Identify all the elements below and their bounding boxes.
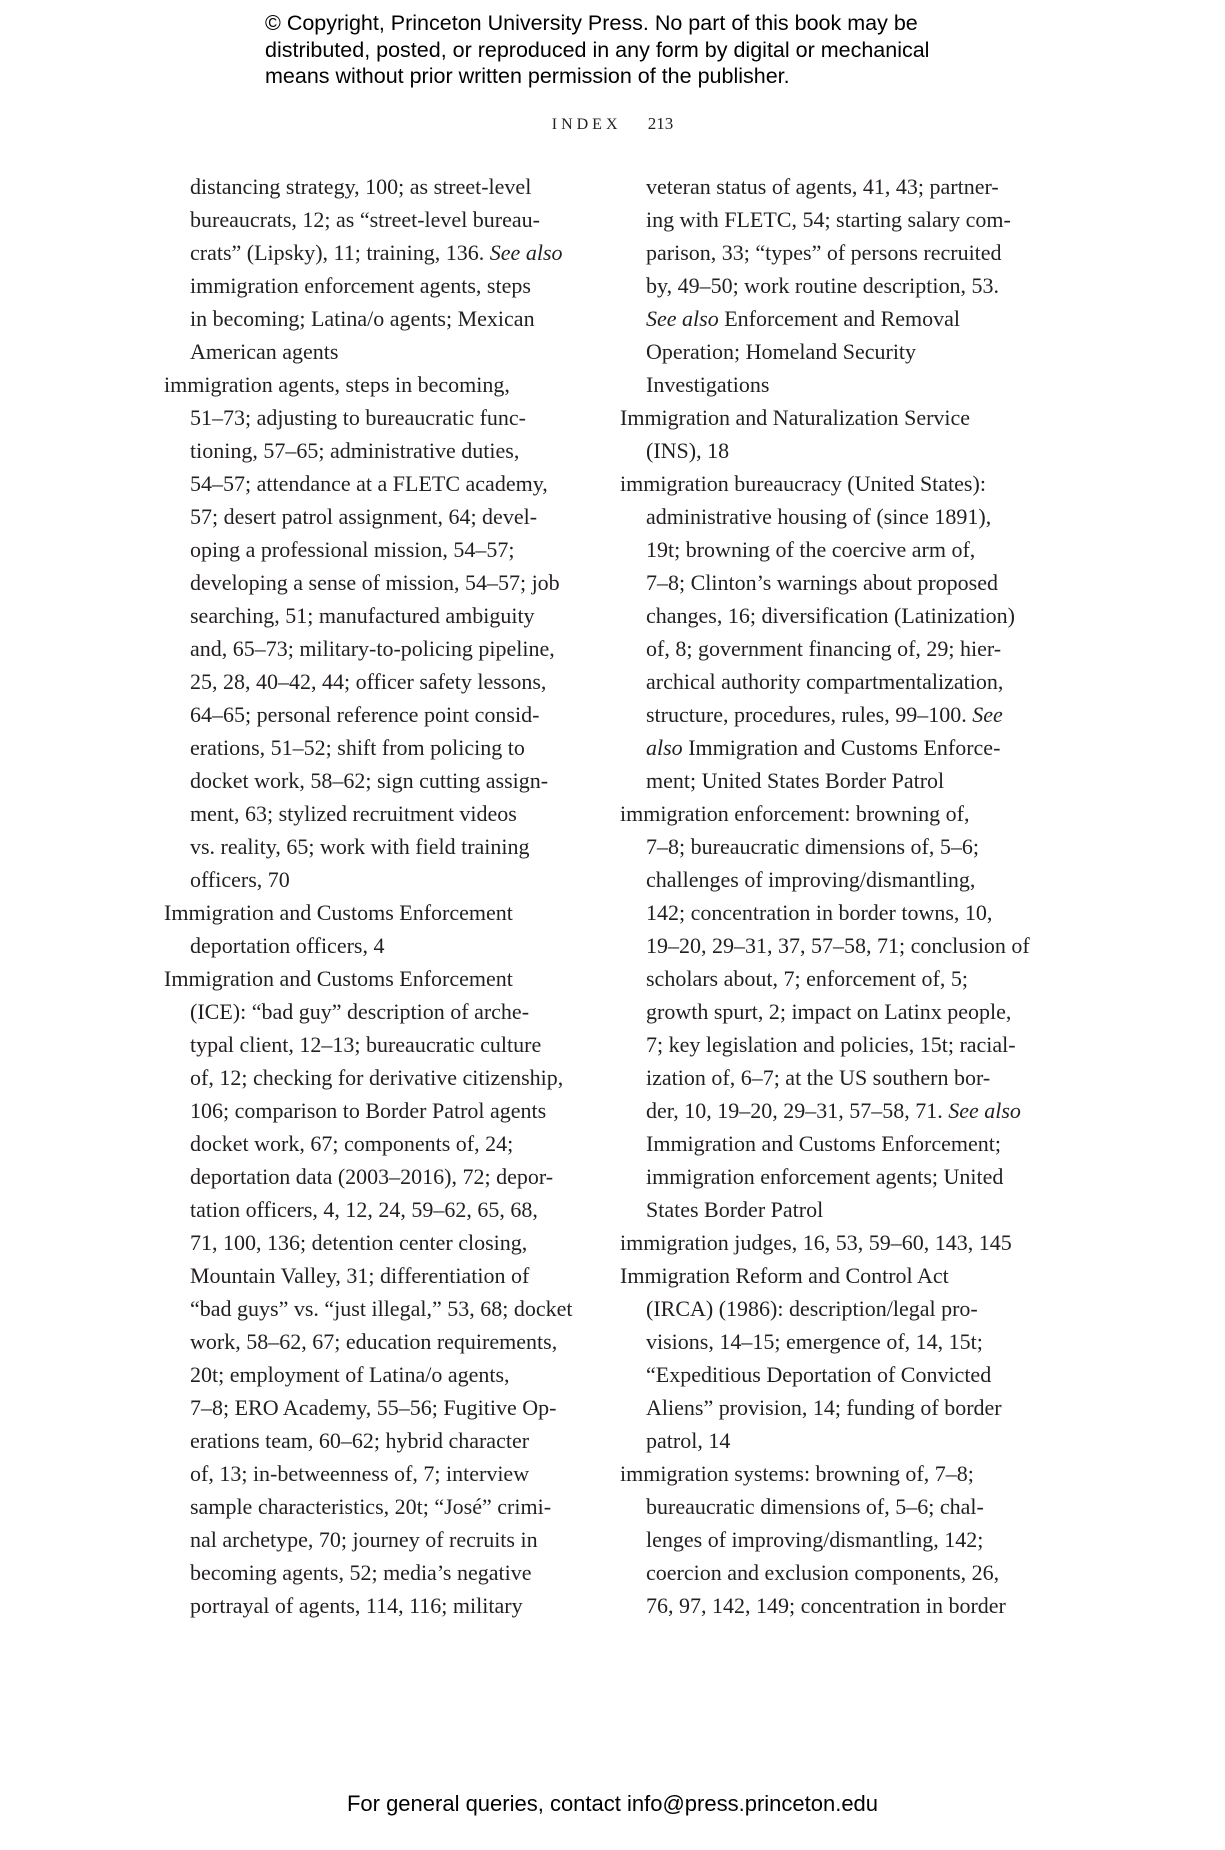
index-subentry-line: American agents [164,335,584,368]
index-subentry-line: searching, 51; manufactured ambiguity [164,599,584,632]
index-text: visions, 14–15; emergence of, 14, 15t; [646,1329,983,1354]
index-subentry-line: becoming agents, 52; media’s negative [164,1556,584,1589]
index-subentry-line: deportation officers, 4 [164,929,584,962]
see-also-label: See also [490,240,563,265]
index-subentry-line: (ICE): “bad guy” description of arche- [164,995,584,1028]
index-subentry-line: patrol, 14 [620,1424,1040,1457]
index-text: 20t; employment of Latina/o agents, [190,1362,510,1387]
index-text: oping a professional mission, 54–57; [190,537,514,562]
index-entry-heading: Immigration and Customs Enforcement [164,896,584,929]
index-text: deportation data (2003–2016), 72; depor- [190,1164,553,1189]
index-subentry-line: of, 12; checking for derivative citizens… [164,1061,584,1094]
index-text: growth spurt, 2; impact on Latinx people… [646,999,1011,1024]
index-subentry-line: ment; United States Border Patrol [620,764,1040,797]
index-entry-heading: immigration judges, 16, 53, 59–60, 143, … [620,1226,1040,1259]
index-text: Immigration and Naturalization Service [620,405,970,430]
index-subentry-line: 106; comparison to Border Patrol agents [164,1094,584,1127]
index-subentry-line: See also Enforcement and Removal [620,302,1040,335]
index-subentry-line: 19–20, 29–31, 37, 57–58, 71; conclusion … [620,929,1040,962]
index-subentry-line: 57; desert patrol assignment, 64; devel- [164,500,584,533]
index-subentry-line: in becoming; Latina/o agents; Mexican [164,302,584,335]
index-subentry-line: administrative housing of (since 1891), [620,500,1040,533]
page-number: 213 [648,114,674,133]
index-text: 7–8; Clinton’s warnings about proposed [646,570,998,595]
index-text: (INS), 18 [646,438,729,463]
index-subentry-line: Investigations [620,368,1040,401]
index-subentry-line: nal archetype, 70; journey of recruits i… [164,1523,584,1556]
index-subentry-line: “Expeditious Deportation of Convicted [620,1358,1040,1391]
index-text: 106; comparison to Border Patrol agents [190,1098,546,1123]
index-text: 51–73; adjusting to bureaucratic func- [190,405,526,430]
index-text: typal client, 12–13; bureaucratic cultur… [190,1032,541,1057]
index-subentry-line: parison, 33; “types” of persons recruite… [620,236,1040,269]
index-entry-heading: immigration agents, steps in becoming, [164,368,584,401]
index-text: challenges of improving/dismantling, [646,867,975,892]
index-entry-heading: immigration systems: browning of, 7–8; [620,1457,1040,1490]
index-text: developing a sense of mission, 54–57; jo… [190,570,560,595]
index-text: 54–57; attendance at a FLETC academy, [190,471,548,496]
index-text: immigration bureaucracy (United States): [620,471,986,496]
index-text: scholars about, 7; enforcement of, 5; [646,966,968,991]
index-text: immigration agents, steps in becoming, [164,372,510,397]
index-text: tation officers, 4, 12, 24, 59–62, 65, 6… [190,1197,538,1222]
index-text: by, 49–50; work routine description, 53. [646,273,999,298]
index-subentry-line: Immigration and Customs Enforcement; [620,1127,1040,1160]
running-head: INDEX 213 [0,114,1225,134]
index-text: of, 8; government financing of, 29; hier… [646,636,1001,661]
index-text: searching, 51; manufactured ambiguity [190,603,535,628]
index-subentry-line: coercion and exclusion components, 26, [620,1556,1040,1589]
index-text: sample characteristics, 20t; “José” crim… [190,1494,551,1519]
index-text: der, 10, 19–20, 29–31, 57–58, 71. [646,1098,948,1123]
index-text: “Expeditious Deportation of Convicted [646,1362,991,1387]
index-subentry-line: 7–8; ERO Academy, 55–56; Fugitive Op- [164,1391,584,1424]
index-subentry-line: 142; concentration in border towns, 10, [620,896,1040,929]
index-column-left: distancing strategy, 100; as street-leve… [164,170,584,1622]
index-subentry-line: officers, 70 [164,863,584,896]
index-subentry-line: work, 58–62, 67; education requirements, [164,1325,584,1358]
index-text: bureaucratic dimensions of, 5–6; chal- [646,1494,984,1519]
index-entry-heading: immigration enforcement: browning of, [620,797,1040,830]
index-text: coercion and exclusion components, 26, [646,1560,999,1585]
index-text: 19–20, 29–31, 37, 57–58, 71; conclusion … [646,933,1030,958]
index-subentry-line: Mountain Valley, 31; differentiation of [164,1259,584,1292]
index-subentry-line: scholars about, 7; enforcement of, 5; [620,962,1040,995]
index-text: Operation; Homeland Security [646,339,916,364]
index-subentry-line: changes, 16; diversification (Latinizati… [620,599,1040,632]
index-text: ment; United States Border Patrol [646,768,944,793]
index-subentry-line: 76, 97, 142, 149; concentration in borde… [620,1589,1040,1622]
index-text: docket work, 67; components of, 24; [190,1131,513,1156]
index-text: (IRCA) (1986): description/legal pro- [646,1296,978,1321]
index-column-right: veteran status of agents, 41, 43; partne… [620,170,1040,1622]
index-entry-heading: Immigration Reform and Control Act [620,1259,1040,1292]
index-text: portrayal of agents, 114, 116; military [190,1593,523,1618]
index-subentry-line: 7; key legislation and policies, 15t; ra… [620,1028,1040,1061]
index-text: work, 58–62, 67; education requirements, [190,1329,557,1354]
index-subentry-line: bureaucrats, 12; as “street-level bureau… [164,203,584,236]
index-subentry-line: sample characteristics, 20t; “José” crim… [164,1490,584,1523]
index-subentry-line: growth spurt, 2; impact on Latinx people… [620,995,1040,1028]
see-also-label: See also [948,1098,1021,1123]
index-text: distancing strategy, 100; as street-leve… [190,174,531,199]
index-text: of, 12; checking for derivative citizens… [190,1065,563,1090]
index-text: immigration judges, 16, 53, 59–60, 143, … [620,1230,1012,1255]
index-subentry-line: oping a professional mission, 54–57; [164,533,584,566]
index-text: archical authority compartmentalization, [646,669,1003,694]
index-subentry-line: erations, 51–52; shift from policing to [164,731,584,764]
index-entry-heading: immigration bureaucracy (United States): [620,467,1040,500]
index-text: erations, 51–52; shift from policing to [190,735,525,760]
index-subentry-line: (INS), 18 [620,434,1040,467]
index-subentry-line: ment, 63; stylized recruitment videos [164,797,584,830]
index-subentry-line: docket work, 58–62; sign cutting assign- [164,764,584,797]
index-text: Mountain Valley, 31; differentiation of [190,1263,529,1288]
index-subentry-line: 7–8; Clinton’s warnings about proposed [620,566,1040,599]
index-subentry-line: ing with FLETC, 54; starting salary com- [620,203,1040,236]
index-entry-heading: Immigration and Naturalization Service [620,401,1040,434]
index-subentry-line: typal client, 12–13; bureaucratic cultur… [164,1028,584,1061]
index-subentry-line: 51–73; adjusting to bureaucratic func- [164,401,584,434]
index-text: Immigration and Customs Enforcement [164,966,513,991]
see-also-label: also [646,735,683,760]
index-text: Aliens” provision, 14; funding of border [646,1395,1002,1420]
index-text: of, 13; in-betweenness of, 7; interview [190,1461,529,1486]
copyright-line: means without prior written permission o… [265,63,1025,90]
index-subentry-line: immigration enforcement agents, steps [164,269,584,302]
index-text: immigration enforcement: browning of, [620,801,969,826]
index-text: (ICE): “bad guy” description of arche- [190,999,529,1024]
index-text: nal archetype, 70; journey of recruits i… [190,1527,538,1552]
index-subentry-line: tation officers, 4, 12, 24, 59–62, 65, 6… [164,1193,584,1226]
see-also-label: See [972,702,1003,727]
index-subentry-line: structure, procedures, rules, 99–100. Se… [620,698,1040,731]
index-subentry-line: tioning, 57–65; administrative duties, [164,434,584,467]
index-text: Enforcement and Removal [719,306,960,331]
index-text: crats” (Lipsky), 11; training, 136. [190,240,490,265]
index-subentry-line: and, 65–73; military-to-policing pipelin… [164,632,584,665]
index-subentry-line: distancing strategy, 100; as street-leve… [164,170,584,203]
index-subentry-line: crats” (Lipsky), 11; training, 136. See … [164,236,584,269]
index-text: Immigration and Customs Enforcement; [646,1131,1001,1156]
index-text: 71, 100, 136; detention center closing, [190,1230,527,1255]
copyright-notice: © Copyright, Princeton University Press.… [265,10,1025,90]
index-text: immigration systems: browning of, 7–8; [620,1461,974,1486]
index-subentry-line: immigration enforcement agents; United [620,1160,1040,1193]
index-subentry-line: visions, 14–15; emergence of, 14, 15t; [620,1325,1040,1358]
index-text: “bad guys” vs. “just illegal,” 53, 68; d… [190,1296,572,1321]
index-subentry-line: also Immigration and Customs Enforce- [620,731,1040,764]
index-text: patrol, 14 [646,1428,730,1453]
index-subentry-line: States Border Patrol [620,1193,1040,1226]
index-text: immigration enforcement agents; United [646,1164,1003,1189]
index-text: 7–8; bureaucratic dimensions of, 5–6; [646,834,979,859]
index-subentry-line: docket work, 67; components of, 24; [164,1127,584,1160]
index-text: 25, 28, 40–42, 44; officer safety lesson… [190,669,546,694]
index-subentry-line: 7–8; bureaucratic dimensions of, 5–6; [620,830,1040,863]
index-text: in becoming; Latina/o agents; Mexican [190,306,535,331]
index-text: Immigration and Customs Enforce- [683,735,1001,760]
index-subentry-line: Aliens” provision, 14; funding of border [620,1391,1040,1424]
index-text: ization of, 6–7; at the US southern bor- [646,1065,990,1090]
index-text: ing with FLETC, 54; starting salary com- [646,207,1011,232]
section-label: INDEX [552,116,622,133]
index-subentry-line: 20t; employment of Latina/o agents, [164,1358,584,1391]
index-text: States Border Patrol [646,1197,823,1222]
index-text: 76, 97, 142, 149; concentration in borde… [646,1593,1006,1618]
index-subentry-line: ization of, 6–7; at the US southern bor- [620,1061,1040,1094]
index-subentry-line: 25, 28, 40–42, 44; officer safety lesson… [164,665,584,698]
index-text: and, 65–73; military-to-policing pipelin… [190,636,555,661]
index-text: lenges of improving/dismantling, 142; [646,1527,983,1552]
index-subentry-line: “bad guys” vs. “just illegal,” 53, 68; d… [164,1292,584,1325]
index-subentry-line: erations team, 60–62; hybrid character [164,1424,584,1457]
copyright-line: distributed, posted, or reproduced in an… [265,37,1025,64]
copyright-line: © Copyright, Princeton University Press.… [265,10,1025,37]
index-text: 142; concentration in border towns, 10, [646,900,992,925]
index-text: Immigration Reform and Control Act [620,1263,949,1288]
index-entry-heading: Immigration and Customs Enforcement [164,962,584,995]
index-text: veteran status of agents, 41, 43; partne… [646,174,999,199]
index-subentry-line: Operation; Homeland Security [620,335,1040,368]
index-text: deportation officers, 4 [190,933,384,958]
footer-contact: For general queries, contact info@press.… [0,1791,1225,1817]
index-subentry-line: deportation data (2003–2016), 72; depor- [164,1160,584,1193]
index-subentry-line: 71, 100, 136; detention center closing, [164,1226,584,1259]
index-text: 7; key legislation and policies, 15t; ra… [646,1032,1016,1057]
index-text: bureaucrats, 12; as “street-level bureau… [190,207,540,232]
index-subentry-line: portrayal of agents, 114, 116; military [164,1589,584,1622]
index-text: officers, 70 [190,867,290,892]
index-subentry-line: by, 49–50; work routine description, 53. [620,269,1040,302]
index-text: tioning, 57–65; administrative duties, [190,438,519,463]
index-subentry-line: of, 8; government financing of, 29; hier… [620,632,1040,665]
index-text: Immigration and Customs Enforcement [164,900,513,925]
index-text: 64–65; personal reference point consid- [190,702,539,727]
index-text: structure, procedures, rules, 99–100. [646,702,972,727]
index-text: changes, 16; diversification (Latinizati… [646,603,1015,628]
index-subentry-line: challenges of improving/dismantling, [620,863,1040,896]
index-text: administrative housing of (since 1891), [646,504,991,529]
index-text: 57; desert patrol assignment, 64; devel- [190,504,537,529]
index-subentry-line: veteran status of agents, 41, 43; partne… [620,170,1040,203]
index-subentry-line: lenges of improving/dismantling, 142; [620,1523,1040,1556]
index-subentry-line: archical authority compartmentalization, [620,665,1040,698]
index-text: ment, 63; stylized recruitment videos [190,801,517,826]
index-text: docket work, 58–62; sign cutting assign- [190,768,548,793]
index-text: Investigations [646,372,769,397]
index-subentry-line: bureaucratic dimensions of, 5–6; chal- [620,1490,1040,1523]
index-subentry-line: of, 13; in-betweenness of, 7; interview [164,1457,584,1490]
index-subentry-line: 19t; browning of the coercive arm of, [620,533,1040,566]
index-text: 7–8; ERO Academy, 55–56; Fugitive Op- [190,1395,556,1420]
index-text: becoming agents, 52; media’s negative [190,1560,532,1585]
index-subentry-line: developing a sense of mission, 54–57; jo… [164,566,584,599]
index-text: American agents [190,339,338,364]
index-subentry-line: der, 10, 19–20, 29–31, 57–58, 71. See al… [620,1094,1040,1127]
index-text: 19t; browning of the coercive arm of, [646,537,975,562]
see-also-label: See also [646,306,719,331]
index-subentry-line: 54–57; attendance at a FLETC academy, [164,467,584,500]
index-text: parison, 33; “types” of persons recruite… [646,240,1002,265]
index-subentry-line: (IRCA) (1986): description/legal pro- [620,1292,1040,1325]
index-text: erations team, 60–62; hybrid character [190,1428,529,1453]
index-subentry-line: 64–65; personal reference point consid- [164,698,584,731]
index-text: vs. reality, 65; work with field trainin… [190,834,530,859]
index-text: immigration enforcement agents, steps [190,273,531,298]
index-subentry-line: vs. reality, 65; work with field trainin… [164,830,584,863]
